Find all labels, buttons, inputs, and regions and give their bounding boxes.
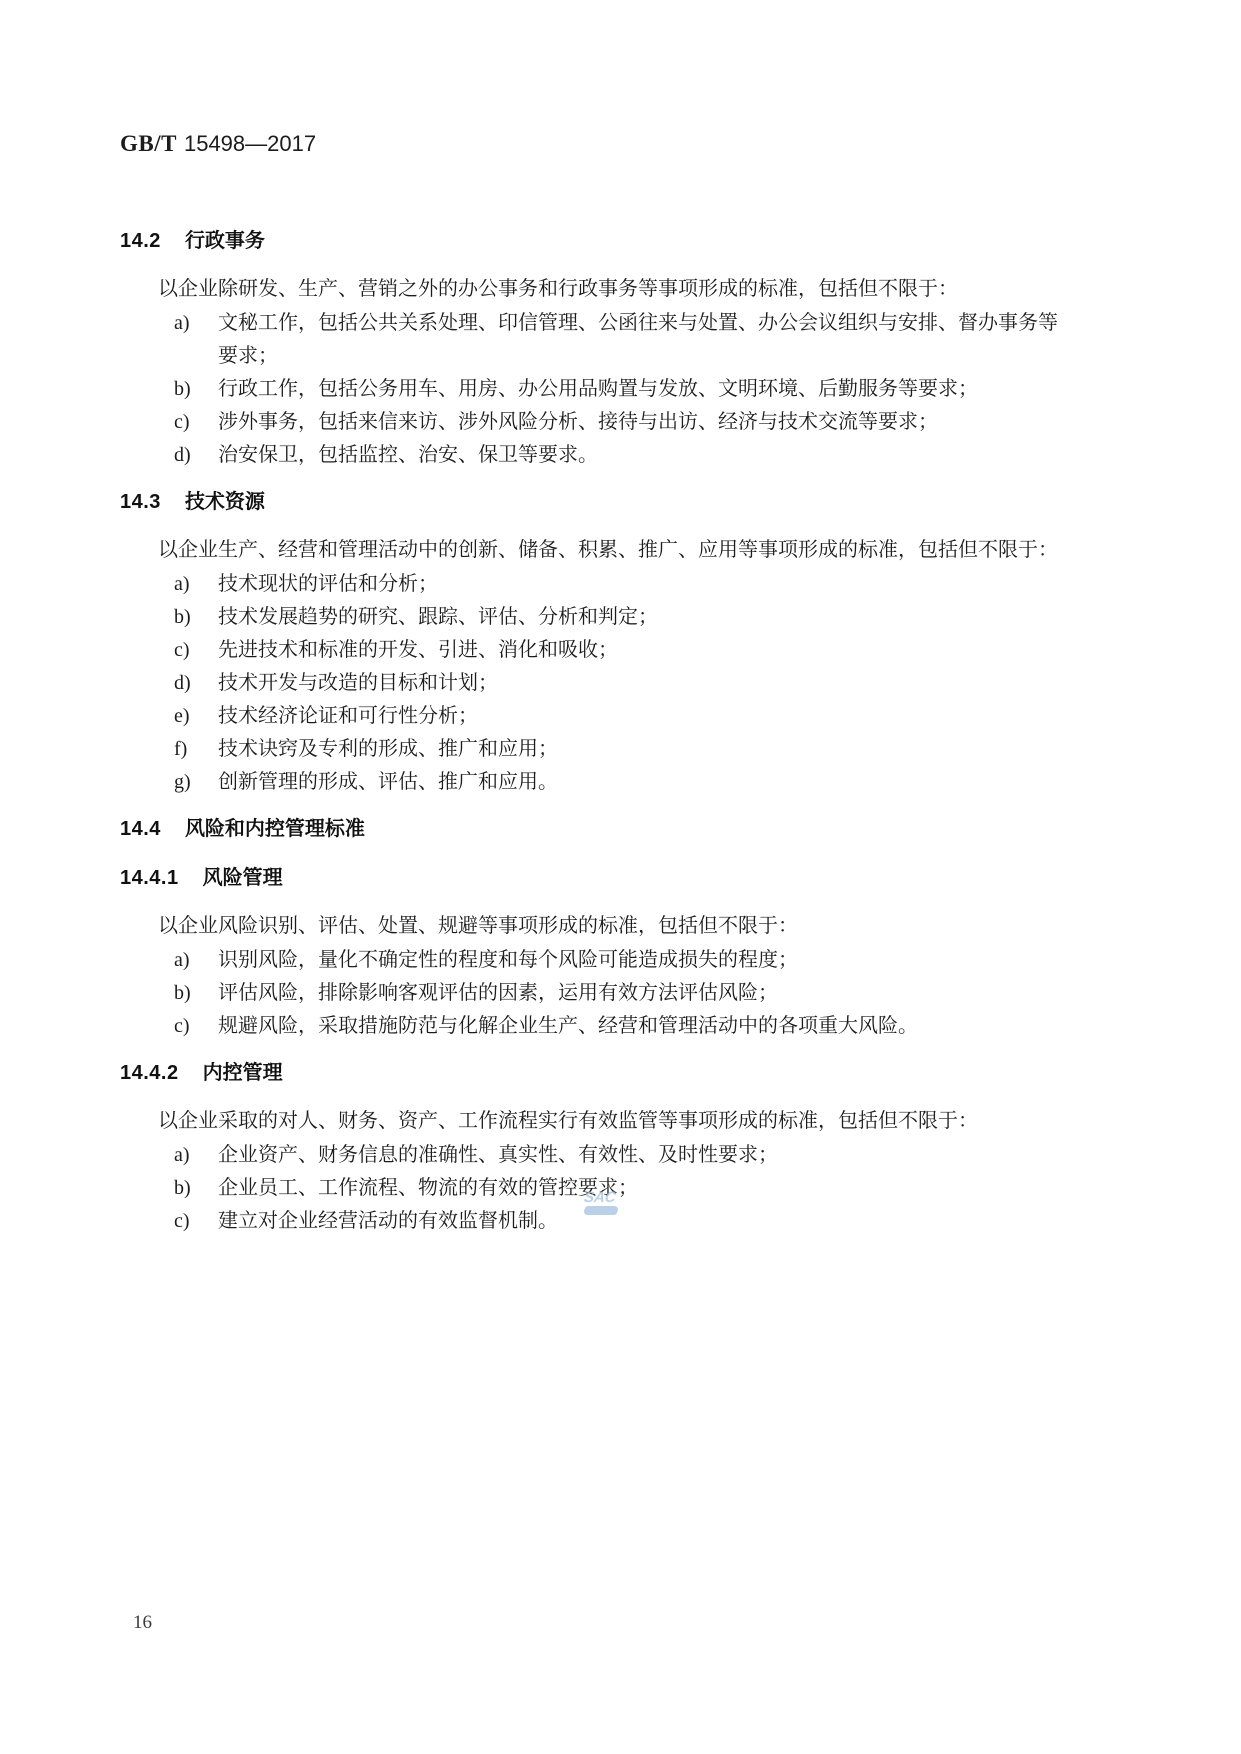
sac-watermark-text: SAC [583, 1191, 627, 1205]
document-page: GB/T15498—2017 14.2行政事务 以企业除研发、生产、营销之外的办… [0, 0, 1241, 1754]
list-item-label: b) [174, 1172, 218, 1205]
list-item: d)技术开发与改造的目标和计划； [174, 667, 1122, 700]
section-list: a)识别风险，量化不确定性的程度和每个风险可能造成损失的程度； b)评估风险，排… [174, 944, 1122, 1043]
section-title: 风险和内控管理标准 [185, 818, 365, 840]
section-list: a)企业资产、财务信息的准确性、真实性、有效性、及时性要求； b)企业员工、工作… [174, 1139, 1122, 1238]
list-item-text: 识别风险，量化不确定性的程度和每个风险可能造成损失的程度； [218, 944, 1068, 977]
section-intro: 以企业风险识别、评估、处置、规避等事项形成的标准，包括但不限于： [120, 910, 1122, 943]
list-item-label: a) [174, 1139, 218, 1172]
list-item-label: c) [174, 634, 218, 667]
section-list: a)文秘工作，包括公共关系处理、印信管理、公函往来与处置、办公会议组织与安排、督… [174, 307, 1122, 472]
list-item: d)治安保卫，包括监控、治安、保卫等要求。 [174, 439, 1122, 472]
list-item-text: 技术诀窍及专利的形成、推广和应用； [218, 733, 1068, 766]
section-number: 14.2 [120, 230, 161, 252]
list-item-label: a) [174, 307, 218, 340]
list-item-label: c) [174, 406, 218, 439]
list-item-label: c) [174, 1205, 218, 1238]
section-title: 风险管理 [203, 867, 283, 889]
list-item-text: 文秘工作，包括公共关系处理、印信管理、公函往来与处置、办公会议组织与安排、督办事… [218, 307, 1068, 373]
document-content: 14.2行政事务 以企业除研发、生产、营销之外的办公事务和行政事务等事项形成的标… [120, 211, 1122, 1238]
list-item-text: 治安保卫，包括监控、治安、保卫等要求。 [218, 439, 1068, 472]
page-number: 16 [133, 1612, 152, 1634]
section-heading: 14.4风险和内控管理标准 [120, 816, 1122, 842]
list-item: b)评估风险，排除影响客观评估的因素，运用有效方法评估风险； [174, 977, 1122, 1010]
section-heading: 14.3技术资源 [120, 489, 1122, 515]
list-item-text: 创新管理的形成、评估、推广和应用。 [218, 766, 1068, 799]
section-heading: 14.4.1风险管理 [120, 865, 1122, 891]
list-item: a)文秘工作，包括公共关系处理、印信管理、公函往来与处置、办公会议组织与安排、督… [174, 307, 1122, 373]
section-14-3: 14.3技术资源 以企业生产、经营和管理活动中的创新、储备、积累、推广、应用等事… [120, 489, 1122, 799]
section-number: 14.4.2 [120, 1062, 179, 1084]
list-item-text: 技术开发与改造的目标和计划； [218, 667, 1068, 700]
list-item: c)先进技术和标准的开发、引进、消化和吸收； [174, 634, 1122, 667]
section-intro: 以企业除研发、生产、营销之外的办公事务和行政事务等事项形成的标准，包括但不限于： [120, 273, 1122, 306]
list-item-text: 企业资产、财务信息的准确性、真实性、有效性、及时性要求； [218, 1139, 1068, 1172]
list-item: a)技术现状的评估和分析； [174, 568, 1122, 601]
section-title: 行政事务 [185, 230, 265, 252]
list-item: b)技术发展趋势的研究、跟踪、评估、分析和判定； [174, 601, 1122, 634]
list-item-text: 规避风险，采取措施防范与化解企业生产、经营和管理活动中的各项重大风险。 [218, 1010, 1068, 1043]
list-item-label: a) [174, 568, 218, 601]
sac-watermark: SAC [584, 1191, 626, 1215]
list-item: c)建立对企业经营活动的有效监督机制。 [174, 1205, 1122, 1238]
list-item: a)识别风险，量化不确定性的程度和每个风险可能造成损失的程度； [174, 944, 1122, 977]
list-item-text: 先进技术和标准的开发、引进、消化和吸收； [218, 634, 1068, 667]
section-14-4: 14.4风险和内控管理标准 [120, 816, 1122, 842]
section-intro: 以企业生产、经营和管理活动中的创新、储备、积累、推广、应用等事项形成的标准，包括… [120, 534, 1122, 567]
section-number: 14.3 [120, 491, 161, 513]
list-item: f)技术诀窍及专利的形成、推广和应用； [174, 733, 1122, 766]
list-item: a)企业资产、财务信息的准确性、真实性、有效性、及时性要求； [174, 1139, 1122, 1172]
list-item-label: d) [174, 439, 218, 472]
list-item: b)企业员工、工作流程、物流的有效的管控要求； [174, 1172, 1122, 1205]
list-item-label: f) [174, 733, 218, 766]
list-item: b)行政工作，包括公务用车、用房、办公用品购置与发放、文明环境、后勤服务等要求； [174, 373, 1122, 406]
list-item-label: g) [174, 766, 218, 799]
section-intro: 以企业采取的对人、财务、资产、工作流程实行有效监管等事项形成的标准，包括但不限于… [120, 1105, 1122, 1138]
section-heading: 14.4.2内控管理 [120, 1060, 1122, 1086]
list-item-label: b) [174, 601, 218, 634]
list-item-label: b) [174, 977, 218, 1010]
list-item-text: 技术经济论证和可行性分析； [218, 700, 1068, 733]
section-number: 14.4.1 [120, 867, 179, 889]
section-number: 14.4 [120, 818, 161, 840]
list-item-label: b) [174, 373, 218, 406]
list-item-text: 技术发展趋势的研究、跟踪、评估、分析和判定； [218, 601, 1068, 634]
list-item-label: d) [174, 667, 218, 700]
list-item-label: e) [174, 700, 218, 733]
list-item-text: 建立对企业经营活动的有效监督机制。 [218, 1205, 1068, 1238]
list-item-label: c) [174, 1010, 218, 1043]
list-item-text: 涉外事务，包括来信来访、涉外风险分析、接待与出访、经济与技术交流等要求； [218, 406, 1068, 439]
section-title: 内控管理 [203, 1062, 283, 1084]
section-14-4-1: 14.4.1风险管理 以企业风险识别、评估、处置、规避等事项形成的标准，包括但不… [120, 865, 1122, 1043]
section-heading: 14.2行政事务 [120, 228, 1122, 254]
list-item-text: 评估风险，排除影响客观评估的因素，运用有效方法评估风险； [218, 977, 1068, 1010]
page-header: GB/T15498—2017 [120, 130, 316, 158]
list-item: g)创新管理的形成、评估、推广和应用。 [174, 766, 1122, 799]
list-item-text: 企业员工、工作流程、物流的有效的管控要求； [218, 1172, 1068, 1205]
list-item: e)技术经济论证和可行性分析； [174, 700, 1122, 733]
list-item-label: a) [174, 944, 218, 977]
sac-watermark-swoosh-icon [582, 1206, 620, 1215]
section-list: a)技术现状的评估和分析； b)技术发展趋势的研究、跟踪、评估、分析和判定； c… [174, 568, 1122, 799]
list-item-text: 行政工作，包括公务用车、用房、办公用品购置与发放、文明环境、后勤服务等要求； [218, 373, 1068, 406]
standard-code: GB/T [120, 131, 177, 156]
section-14-2: 14.2行政事务 以企业除研发、生产、营销之外的办公事务和行政事务等事项形成的标… [120, 228, 1122, 472]
list-item-text: 技术现状的评估和分析； [218, 568, 1068, 601]
list-item: c)规避风险，采取措施防范与化解企业生产、经营和管理活动中的各项重大风险。 [174, 1010, 1122, 1043]
section-title: 技术资源 [185, 491, 265, 513]
list-item: c)涉外事务，包括来信来访、涉外风险分析、接待与出访、经济与技术交流等要求； [174, 406, 1122, 439]
standard-number: 15498—2017 [184, 131, 316, 156]
